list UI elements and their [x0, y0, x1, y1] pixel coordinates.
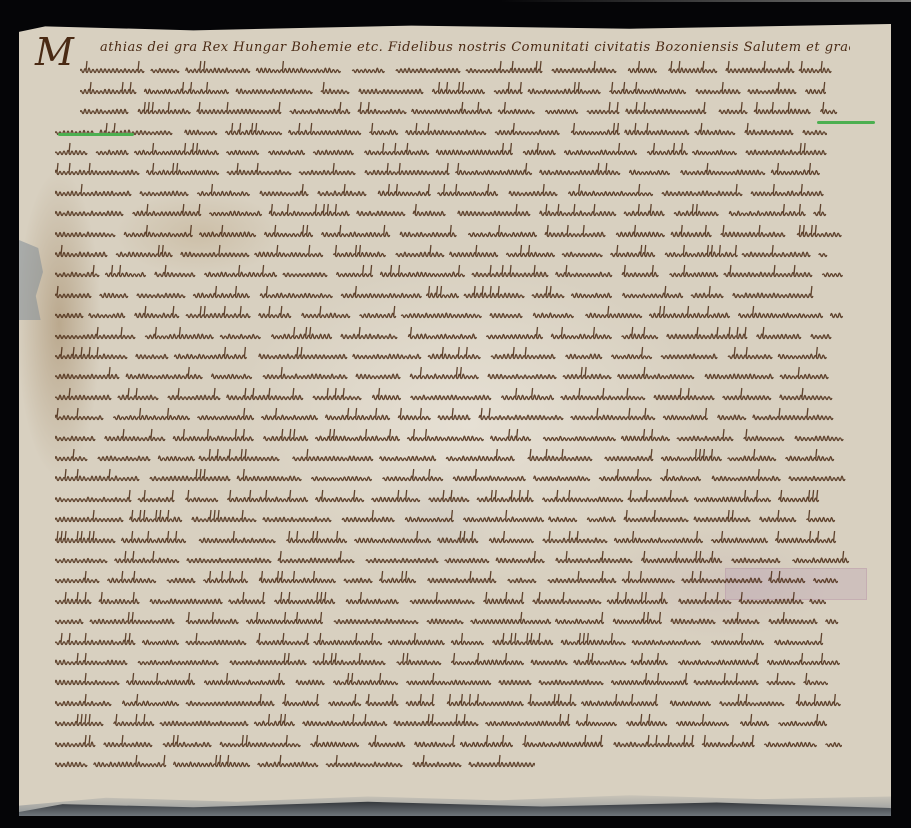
manuscript-line	[55, 122, 827, 140]
manuscript-line	[55, 387, 846, 405]
manuscript-line	[80, 81, 826, 99]
manuscript-line	[55, 468, 848, 486]
manuscript-line	[55, 264, 843, 282]
manuscript-line	[55, 428, 847, 446]
manuscript-line	[55, 305, 844, 323]
manuscript-text: athias dei gra Rex Hungar Bohemie etc. F…	[50, 40, 880, 780]
manuscript-line	[55, 285, 831, 303]
green-underline-annotation	[58, 133, 134, 136]
manuscript-line	[55, 632, 827, 650]
manuscript-line	[55, 183, 841, 201]
manuscript-line	[55, 530, 837, 548]
manuscript-line	[55, 346, 845, 364]
manuscript-line	[55, 672, 828, 690]
manuscript-line	[55, 142, 840, 160]
manuscript-line	[55, 652, 840, 670]
manuscript-line	[55, 550, 850, 568]
manuscript-line	[55, 448, 835, 466]
manuscript-line	[55, 611, 839, 629]
scan-frame-edge	[500, 0, 911, 2]
manuscript-line	[55, 366, 833, 384]
manuscript-line	[55, 407, 834, 425]
manuscript-line	[55, 489, 836, 507]
manuscript-line	[80, 101, 839, 119]
manuscript-line	[55, 754, 535, 772]
manuscript-line	[55, 693, 841, 711]
manuscript-line	[55, 734, 842, 752]
manuscript-line	[55, 509, 849, 527]
green-underline-annotation	[817, 121, 875, 124]
manuscript-line	[55, 326, 832, 344]
manuscript-line	[55, 591, 826, 609]
manuscript-line	[55, 244, 830, 262]
manuscript-line	[55, 224, 842, 242]
manuscript-line: athias dei gra Rex Hungar Bohemie etc. F…	[100, 40, 850, 58]
manuscript-line	[55, 162, 828, 180]
manuscript-line	[55, 203, 829, 221]
manuscript-line	[55, 713, 829, 731]
manuscript-line	[55, 570, 838, 588]
manuscript-line	[80, 60, 838, 78]
